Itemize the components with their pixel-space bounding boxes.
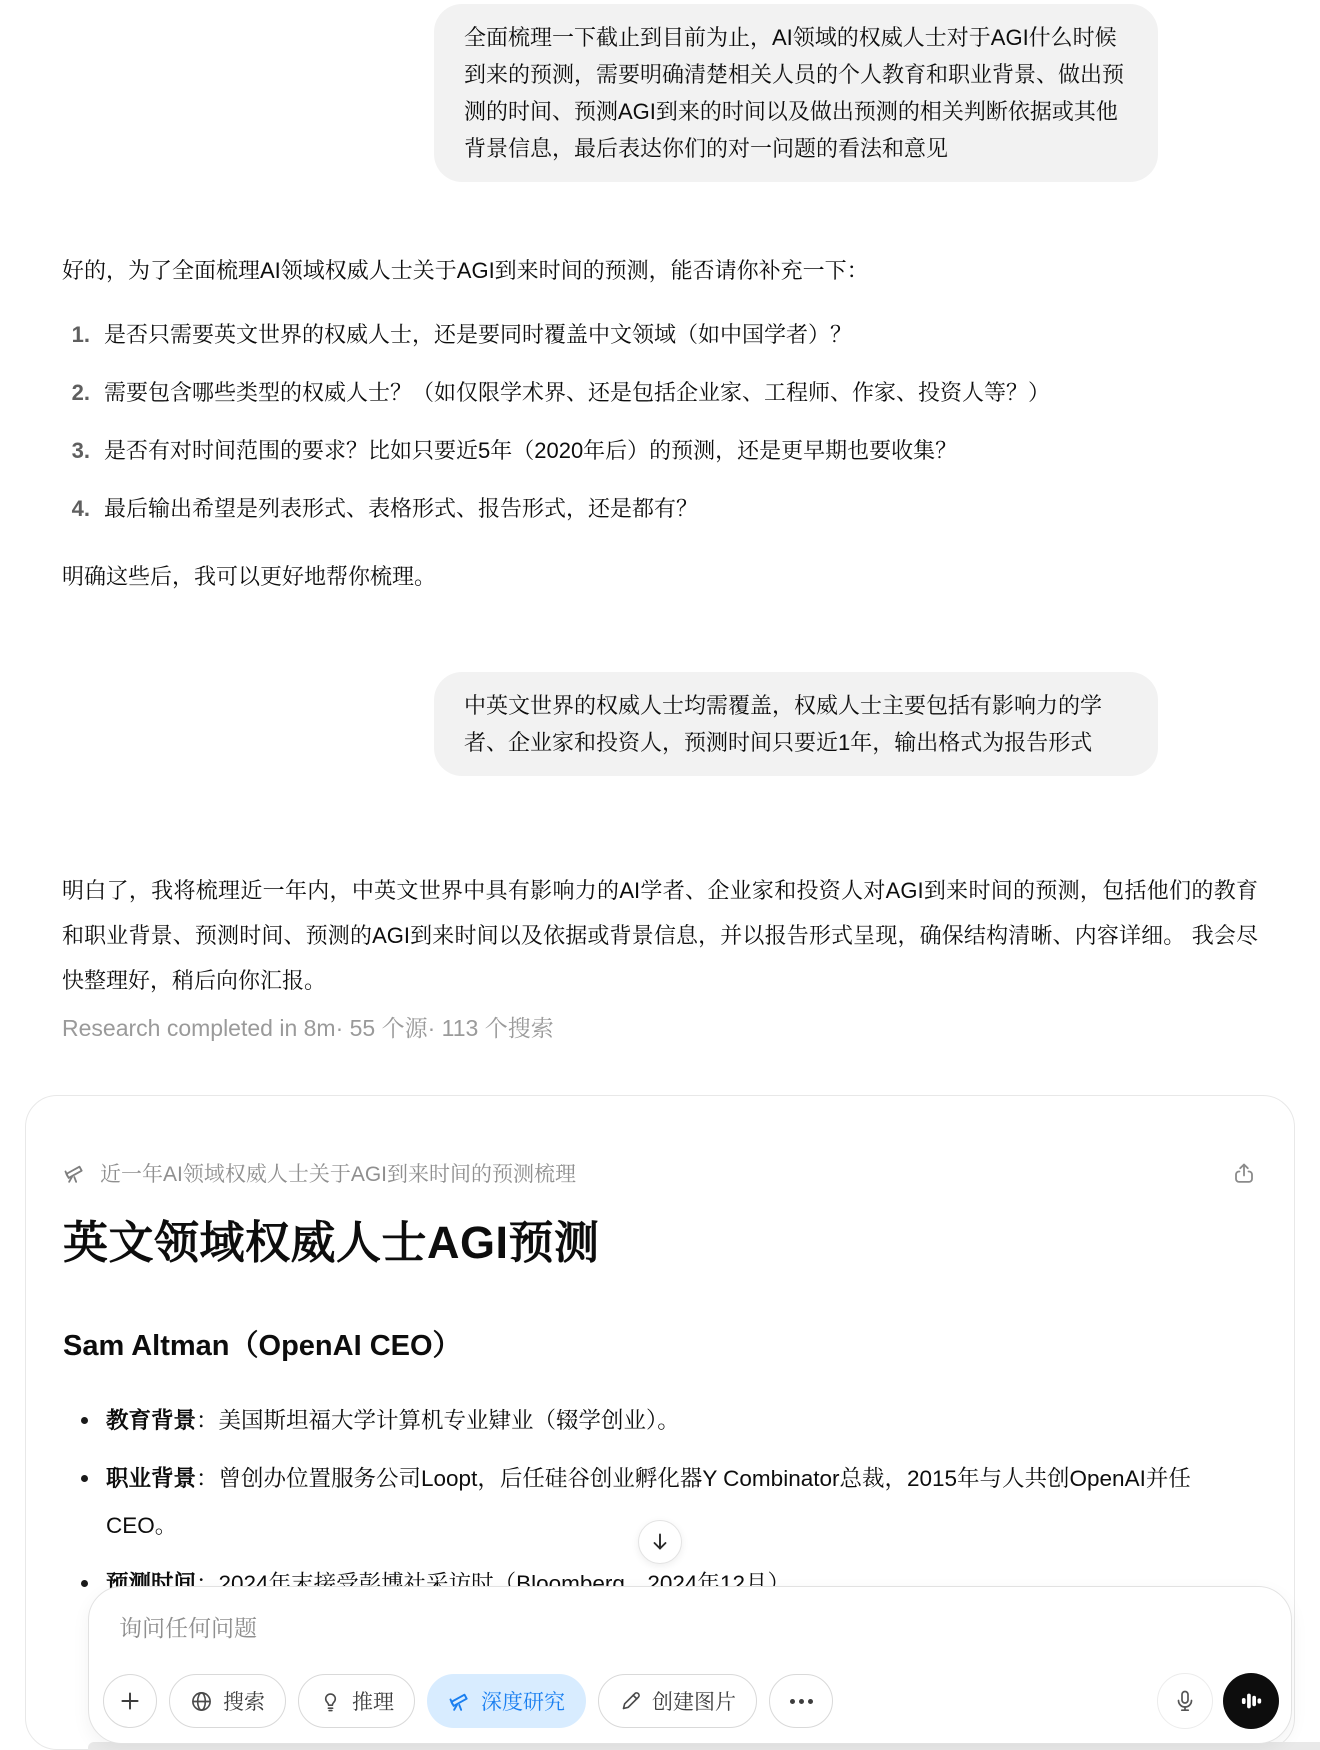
list-number: 4. <box>62 490 90 527</box>
user-message-bubble: 中英文世界的权威人士均需覆盖，权威人士主要包括有影响力的学者、企业家和投资人，预… <box>434 672 1158 776</box>
chat-page: 全面梳理一下截止到目前为止，AI领域的权威人士对于AGI什么时候到来的预测，需要… <box>0 0 1320 1750</box>
bullet-label: 教育背景 <box>106 1408 196 1433</box>
voice-waveform-icon <box>1238 1688 1264 1714</box>
report-bullet: 教育背景：美国斯坦福大学计算机专业肄业（辍学创业）。 <box>63 1397 1258 1444</box>
assistant-confirm-text: 明白了，我将梳理近一年内，中英文世界中具有影响力的AI学者、企业家和投资人对AG… <box>62 868 1258 1003</box>
paintbrush-icon <box>619 1690 642 1713</box>
telescope-icon <box>448 1690 471 1713</box>
list-item: 4. 最后输出希望是列表形式、表格形式、报告形式，还是都有？ <box>62 490 1258 527</box>
scroll-to-bottom-button[interactable] <box>638 1520 682 1564</box>
tool-create-image-label: 创建图片 <box>652 1686 736 1716</box>
lightbulb-icon <box>319 1690 342 1713</box>
ellipsis-icon <box>790 1699 813 1704</box>
user-message-text: 中英文世界的权威人士均需覆盖，权威人士主要包括有影响力的学者、企业家和投资人，预… <box>464 693 1102 755</box>
microphone-icon <box>1173 1689 1197 1713</box>
share-icon <box>1232 1161 1256 1185</box>
add-attachment-button[interactable] <box>103 1674 157 1728</box>
report-toolbar-title: 近一年AI领域权威人士关于AGI到来时间的预测梳理 <box>100 1158 576 1188</box>
list-number: 2. <box>62 374 90 411</box>
tool-deep-research-button[interactable]: 深度研究 <box>427 1674 586 1728</box>
list-item: 1. 是否只需要英文世界的权威人士，还是要同时覆盖中文领域（如中国学者）？ <box>62 316 1258 353</box>
list-number: 3. <box>62 432 90 469</box>
tool-search-label: 搜索 <box>223 1686 265 1716</box>
tool-reason-button[interactable]: 推理 <box>298 1674 415 1728</box>
down-arrow-icon <box>648 1530 672 1554</box>
list-item-text: 是否只需要英文世界的权威人士，还是要同时覆盖中文领域（如中国学者）？ <box>104 316 852 353</box>
report-title: 英文领域权威人士AGI预测 <box>63 1214 1258 1272</box>
user-message-text: 全面梳理一下截止到目前为止，AI领域的权威人士对于AGI什么时候到来的预测，需要… <box>464 25 1124 161</box>
plus-icon <box>117 1688 143 1714</box>
assistant-message: 好的，为了全面梳理AI领域权威人士关于AGI到来时间的预测，能否请你补充一下： … <box>62 252 1258 595</box>
share-button[interactable] <box>1230 1159 1258 1187</box>
bullet-text: ：美国斯坦福大学计算机专业肄业（辍学创业）。 <box>196 1408 680 1433</box>
composer-tool-row: 搜索 推理 <box>103 1673 1279 1729</box>
bullet-label: 职业背景 <box>106 1466 196 1491</box>
user-message-bubble: 全面梳理一下截止到目前为止，AI领域的权威人士对于AGI什么时候到来的预测，需要… <box>434 4 1158 182</box>
tool-search-button[interactable]: 搜索 <box>169 1674 286 1728</box>
report-bullet-list: 教育背景：美国斯坦福大学计算机专业肄业（辍学创业）。 职业背景：曾创办位置服务公… <box>63 1397 1258 1607</box>
telescope-icon <box>63 1162 86 1185</box>
dictate-button[interactable] <box>1157 1673 1213 1729</box>
list-item: 2. 需要包含哪些类型的权威人士？（如仅限学术界、还是包括企业家、工程师、作家、… <box>62 374 1258 411</box>
voice-mode-button[interactable] <box>1223 1673 1279 1729</box>
list-item-text: 需要包含哪些类型的权威人士？（如仅限学术界、还是包括企业家、工程师、作家、投资人… <box>104 374 1050 411</box>
composer-right-cluster <box>1157 1673 1279 1729</box>
assistant-outro-text: 明确这些后，我可以更好地帮你梳理。 <box>62 558 1258 595</box>
assistant-intro-text: 好的，为了全面梳理AI领域权威人士关于AGI到来时间的预测，能否请你补充一下： <box>62 252 1258 289</box>
composer: 搜索 推理 <box>88 1586 1292 1744</box>
clarify-list: 1. 是否只需要英文世界的权威人士，还是要同时覆盖中文领域（如中国学者）？ 2.… <box>62 316 1258 527</box>
report-section-heading: Sam Altman（OpenAI CEO） <box>63 1328 1258 1364</box>
list-item: 3. 是否有对时间范围的要求？比如只要近5年（2020年后）的预测，还是更早期也… <box>62 432 1258 469</box>
list-number: 1. <box>62 316 90 353</box>
tool-reason-label: 推理 <box>352 1686 394 1716</box>
report-card-header: 近一年AI领域权威人士关于AGI到来时间的预测梳理 <box>63 1158 1258 1188</box>
list-item-text: 是否有对时间范围的要求？比如只要近5年（2020年后）的预测，还是更早期也要收集… <box>104 432 957 469</box>
globe-icon <box>190 1690 213 1713</box>
tool-create-image-button[interactable]: 创建图片 <box>598 1674 757 1728</box>
more-tools-button[interactable] <box>769 1674 833 1728</box>
message-input[interactable] <box>103 1615 1279 1642</box>
research-status: Research completed in 8m· 55 个源· 113 个搜索 <box>62 1010 554 1043</box>
tool-deep-research-label: 深度研究 <box>481 1686 565 1716</box>
list-item-text: 最后输出希望是列表形式、表格形式、报告形式，还是都有？ <box>104 490 698 527</box>
